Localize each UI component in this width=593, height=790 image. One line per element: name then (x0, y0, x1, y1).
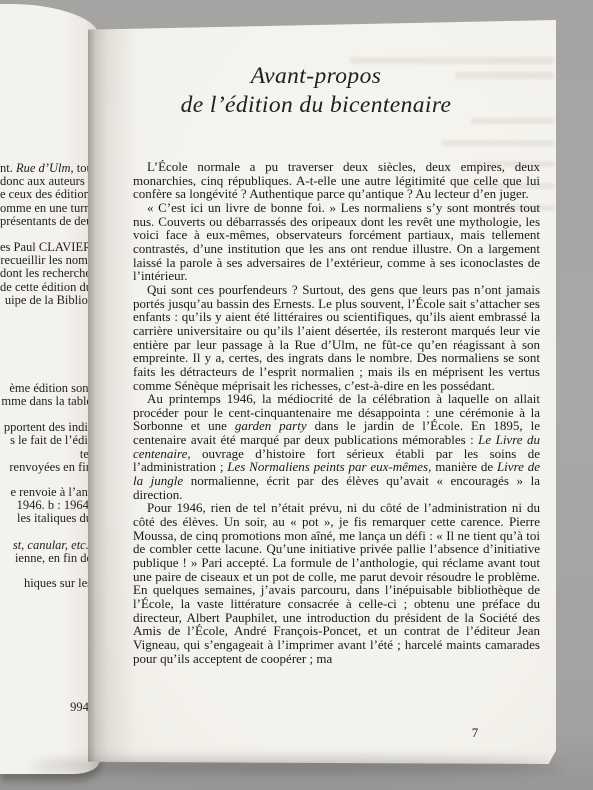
left-page-line: uipe de la Biblio- (0, 294, 92, 307)
left-page-line: hiques sur les (0, 577, 92, 590)
page-title-line2: de l’édition du bicentenaire (133, 91, 499, 120)
left-page-line: ienne, en fin de (0, 552, 92, 565)
right-page: Avant-propos de l’édition du bicentenair… (88, 20, 556, 764)
body-paragraph: L’École normale a pu traverser deux sièc… (133, 160, 540, 201)
page-title: Avant-propos de l’édition du bicentenair… (133, 62, 499, 120)
page-number: 7 (460, 725, 490, 741)
left-page-line: mme dans la table (0, 395, 92, 408)
left-page-line: les italiques du (0, 512, 92, 525)
book-photo: { "scene": { "backdrop_color": "#a7a6a4"… (0, 0, 593, 790)
body-paragraph: Pour 1946, rien de tel n’était prévu, ni… (133, 501, 540, 665)
body-paragraph: Au printemps 1946, la médiocrité de la c… (133, 392, 540, 501)
book-shadow (30, 758, 560, 774)
body-paragraph: « C’est ici un livre de bonne foi. » Les… (133, 201, 540, 283)
left-page-line: s le fait de l’édi- (0, 434, 92, 447)
left-page-line: présentants de deux (0, 215, 92, 228)
left-page-line: 994. (0, 701, 92, 714)
body-paragraph: Qui sont ces pourfendeurs ? Surtout, des… (133, 283, 540, 392)
left-page-text: nt. Rue d’Ulm, toutdonc aux auteurs dee … (0, 162, 92, 714)
page-title-line1: Avant-propos (133, 62, 499, 91)
show-through-text (441, 140, 555, 146)
left-page: nt. Rue d’Ulm, toutdonc aux auteurs dee … (0, 4, 100, 774)
body-text: L’École normale a pu traverser deux sièc… (133, 160, 540, 665)
left-page-line: renvoyées en fin (0, 461, 92, 474)
